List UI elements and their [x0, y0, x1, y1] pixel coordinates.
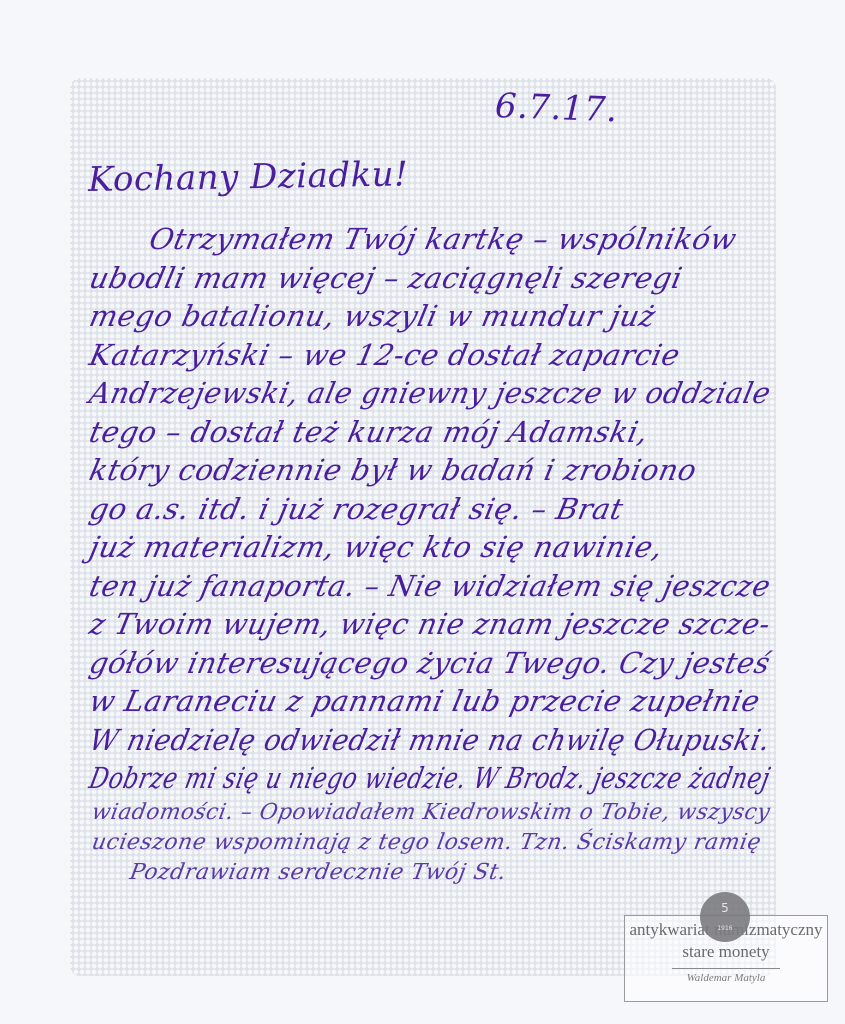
- watermark-name: Waldemar Matyla: [625, 972, 827, 984]
- letter-line: wiadomości. – Opowiadałem Kiedrowskim o …: [90, 800, 772, 825]
- letter-line: ubodli mam więcej – zaciągnęli szeregi: [86, 261, 685, 295]
- letter-line: tego – dostał też kurza mój Adamski,: [86, 415, 651, 449]
- letter-line: gółów interesującego życia Twego. Czy je…: [86, 646, 773, 680]
- letter-greeting: Kochany Dziadku!: [88, 154, 409, 200]
- letter-line: Andrzejewski, ale gniewny jeszcze w oddz…: [86, 376, 774, 410]
- letter-line: już materializm, więc kto się nawinie,: [86, 530, 666, 564]
- letter-line: ten już fanaporta. – Nie widziałem się j…: [86, 569, 773, 603]
- letter-line: Otrzymałem Twój kartkę – wspólników: [146, 222, 739, 256]
- watermark-divider: [672, 968, 780, 969]
- letter-line: go a.s. itd. i już rozegrał się. – Brat: [86, 492, 626, 526]
- coin-value: 5: [700, 892, 750, 914]
- letter-line: Katarzyński – we 12-ce dostał zaparcie: [86, 338, 683, 372]
- letter-line: z Twoim wujem, więc nie znam jeszcze szc…: [86, 607, 773, 641]
- coin-logo-icon: 5 1916: [700, 892, 750, 942]
- letter-line: w Laraneciu z pannami lub przecie zupełn…: [86, 684, 763, 718]
- letter-line: który codziennie był w badań i zrobiono: [86, 453, 700, 487]
- letter-line: mego batalionu, wszyli w mundur już: [86, 299, 659, 333]
- letter-signature-line: Pozdrawiam serdecznie Twój St.: [128, 860, 508, 885]
- letter-date: 6.7.17.: [494, 86, 618, 130]
- letter-line: Dobrze mi się u niego wiedzie. W Brodz. …: [86, 761, 773, 795]
- watermark-subtitle: stare monety: [625, 942, 827, 962]
- coin-year: 1916: [700, 914, 750, 932]
- letter-line: W niedzielę odwiedził mnie na chwilę Ołu…: [86, 723, 773, 757]
- letter-line: ucieszone wspominają z tego losem. Tzn. …: [90, 830, 763, 855]
